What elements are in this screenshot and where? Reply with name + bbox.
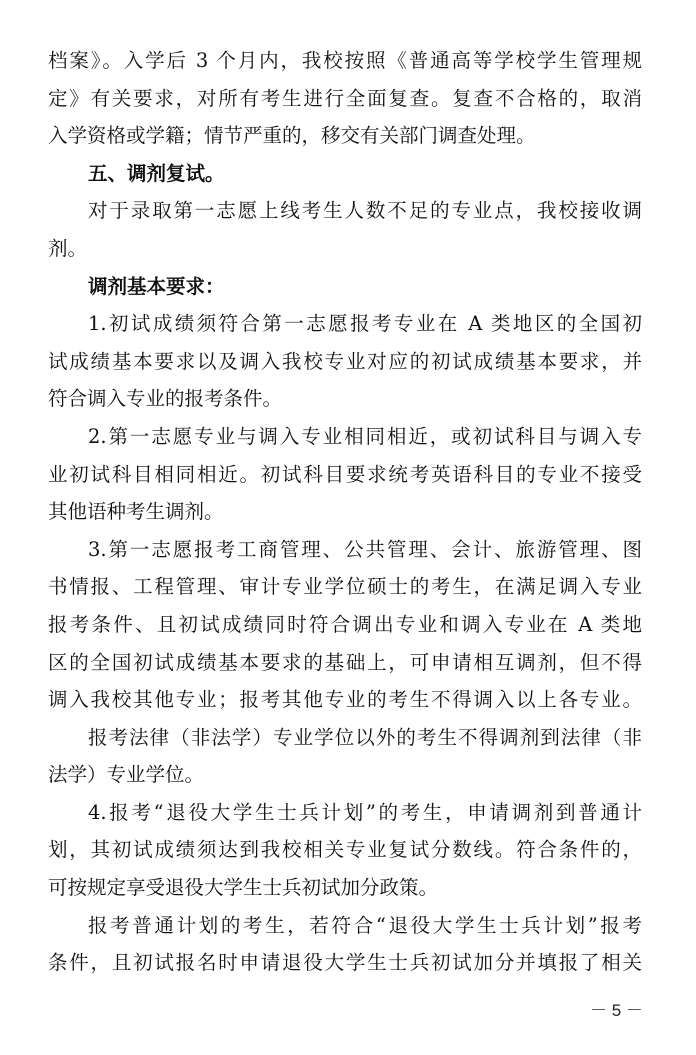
text-line: 对于录取第一志愿上线考生人数不足的专业点，我校接收调 <box>48 192 642 230</box>
paragraph-law: 报考法律（非法学）专业学位以外的考生不得调剂到法律（非 法学）专业学位。 <box>48 719 642 794</box>
text-line: 划，其初试成绩须达到我校相关专业复试分数线。符合条件的， <box>48 831 642 869</box>
text-line: 可按规定享受退役大学生士兵初试加分政策。 <box>48 869 642 907</box>
paragraph-review: 档案》。入学后 3 个月内，我校按照《普通高等学校学生管理规 定》有关要求，对所… <box>48 42 642 155</box>
paragraph-requirement-1: 1.初试成绩须符合第一志愿报考专业在 A 类地区的全国初 试成绩基本要求以及调入… <box>48 305 642 418</box>
document-page: 档案》。入学后 3 个月内，我校按照《普通高等学校学生管理规 定》有关要求，对所… <box>48 42 642 982</box>
text-line: 2.第一志愿专业与调入专业相同相近，或初试科目与调入专 <box>48 418 642 456</box>
text-line: 书情报、工程管理、审计专业学位硕士的考生，在满足调入专业 <box>48 568 642 606</box>
text-line: 1.初试成绩须符合第一志愿报考专业在 A 类地区的全国初 <box>48 305 642 343</box>
heading-text: 五、调剂复试。 <box>48 155 642 193</box>
paragraph-requirement-3: 3.第一志愿报考工商管理、公共管理、会计、旅游管理、图 书情报、工程管理、审计专… <box>48 531 642 719</box>
paragraph-requirement-2: 2.第一志愿专业与调入专业相同相近，或初试科目与调入专 业初试科目相同相近。初试… <box>48 418 642 531</box>
text-line: 档案》。入学后 3 个月内，我校按照《普通高等学校学生管理规 <box>48 42 642 80</box>
text-line: 其他语种考生调剂。 <box>48 493 642 531</box>
text-line: 定》有关要求，对所有考生进行全面复查。复查不合格的，取消 <box>48 80 642 118</box>
text-line: 区的全国初试成绩基本要求的基础上，可申请相互调剂，但不得 <box>48 644 642 682</box>
text-line: 3.第一志愿报考工商管理、公共管理、会计、旅游管理、图 <box>48 531 642 569</box>
paragraph-general-plan: 报考普通计划的考生，若符合“退役大学生士兵计划”报考 条件，且初试报名时申请退役… <box>48 907 642 982</box>
text-line: 报考法律（非法学）专业学位以外的考生不得调剂到法律（非 <box>48 719 642 757</box>
text-line: 4.报考“退役大学生士兵计划”的考生，申请调剂到普通计 <box>48 794 642 832</box>
heading-text: 调剂基本要求： <box>48 268 642 306</box>
text-line: 试成绩基本要求以及调入我校专业对应的初试成绩基本要求，并 <box>48 343 642 381</box>
subheading-requirements: 调剂基本要求： <box>48 268 642 306</box>
section-heading-5: 五、调剂复试。 <box>48 155 642 193</box>
page-number: － 5 － <box>590 996 643 1021</box>
text-line: 调入我校其他专业；报考其他专业的考生不得调入以上各专业。 <box>48 681 642 719</box>
text-line: 报考普通计划的考生，若符合“退役大学生士兵计划”报考 <box>48 907 642 945</box>
text-line: 法学）专业学位。 <box>48 756 642 794</box>
text-line: 剂。 <box>48 230 642 268</box>
text-line: 符合调入专业的报考条件。 <box>48 380 642 418</box>
text-line: 业初试科目相同相近。初试科目要求统考英语科目的专业不接受 <box>48 456 642 494</box>
text-line: 入学资格或学籍；情节严重的，移交有关部门调查处理。 <box>48 117 642 155</box>
text-line: 报考条件、且初试成绩同时符合调出专业和调入专业在 A 类地 <box>48 606 642 644</box>
paragraph-intro: 对于录取第一志愿上线考生人数不足的专业点，我校接收调 剂。 <box>48 192 642 267</box>
paragraph-requirement-4: 4.报考“退役大学生士兵计划”的考生，申请调剂到普通计 划，其初试成绩须达到我校… <box>48 794 642 907</box>
text-line: 条件，且初试报名时申请退役大学生士兵初试加分并填报了相关 <box>48 944 642 982</box>
